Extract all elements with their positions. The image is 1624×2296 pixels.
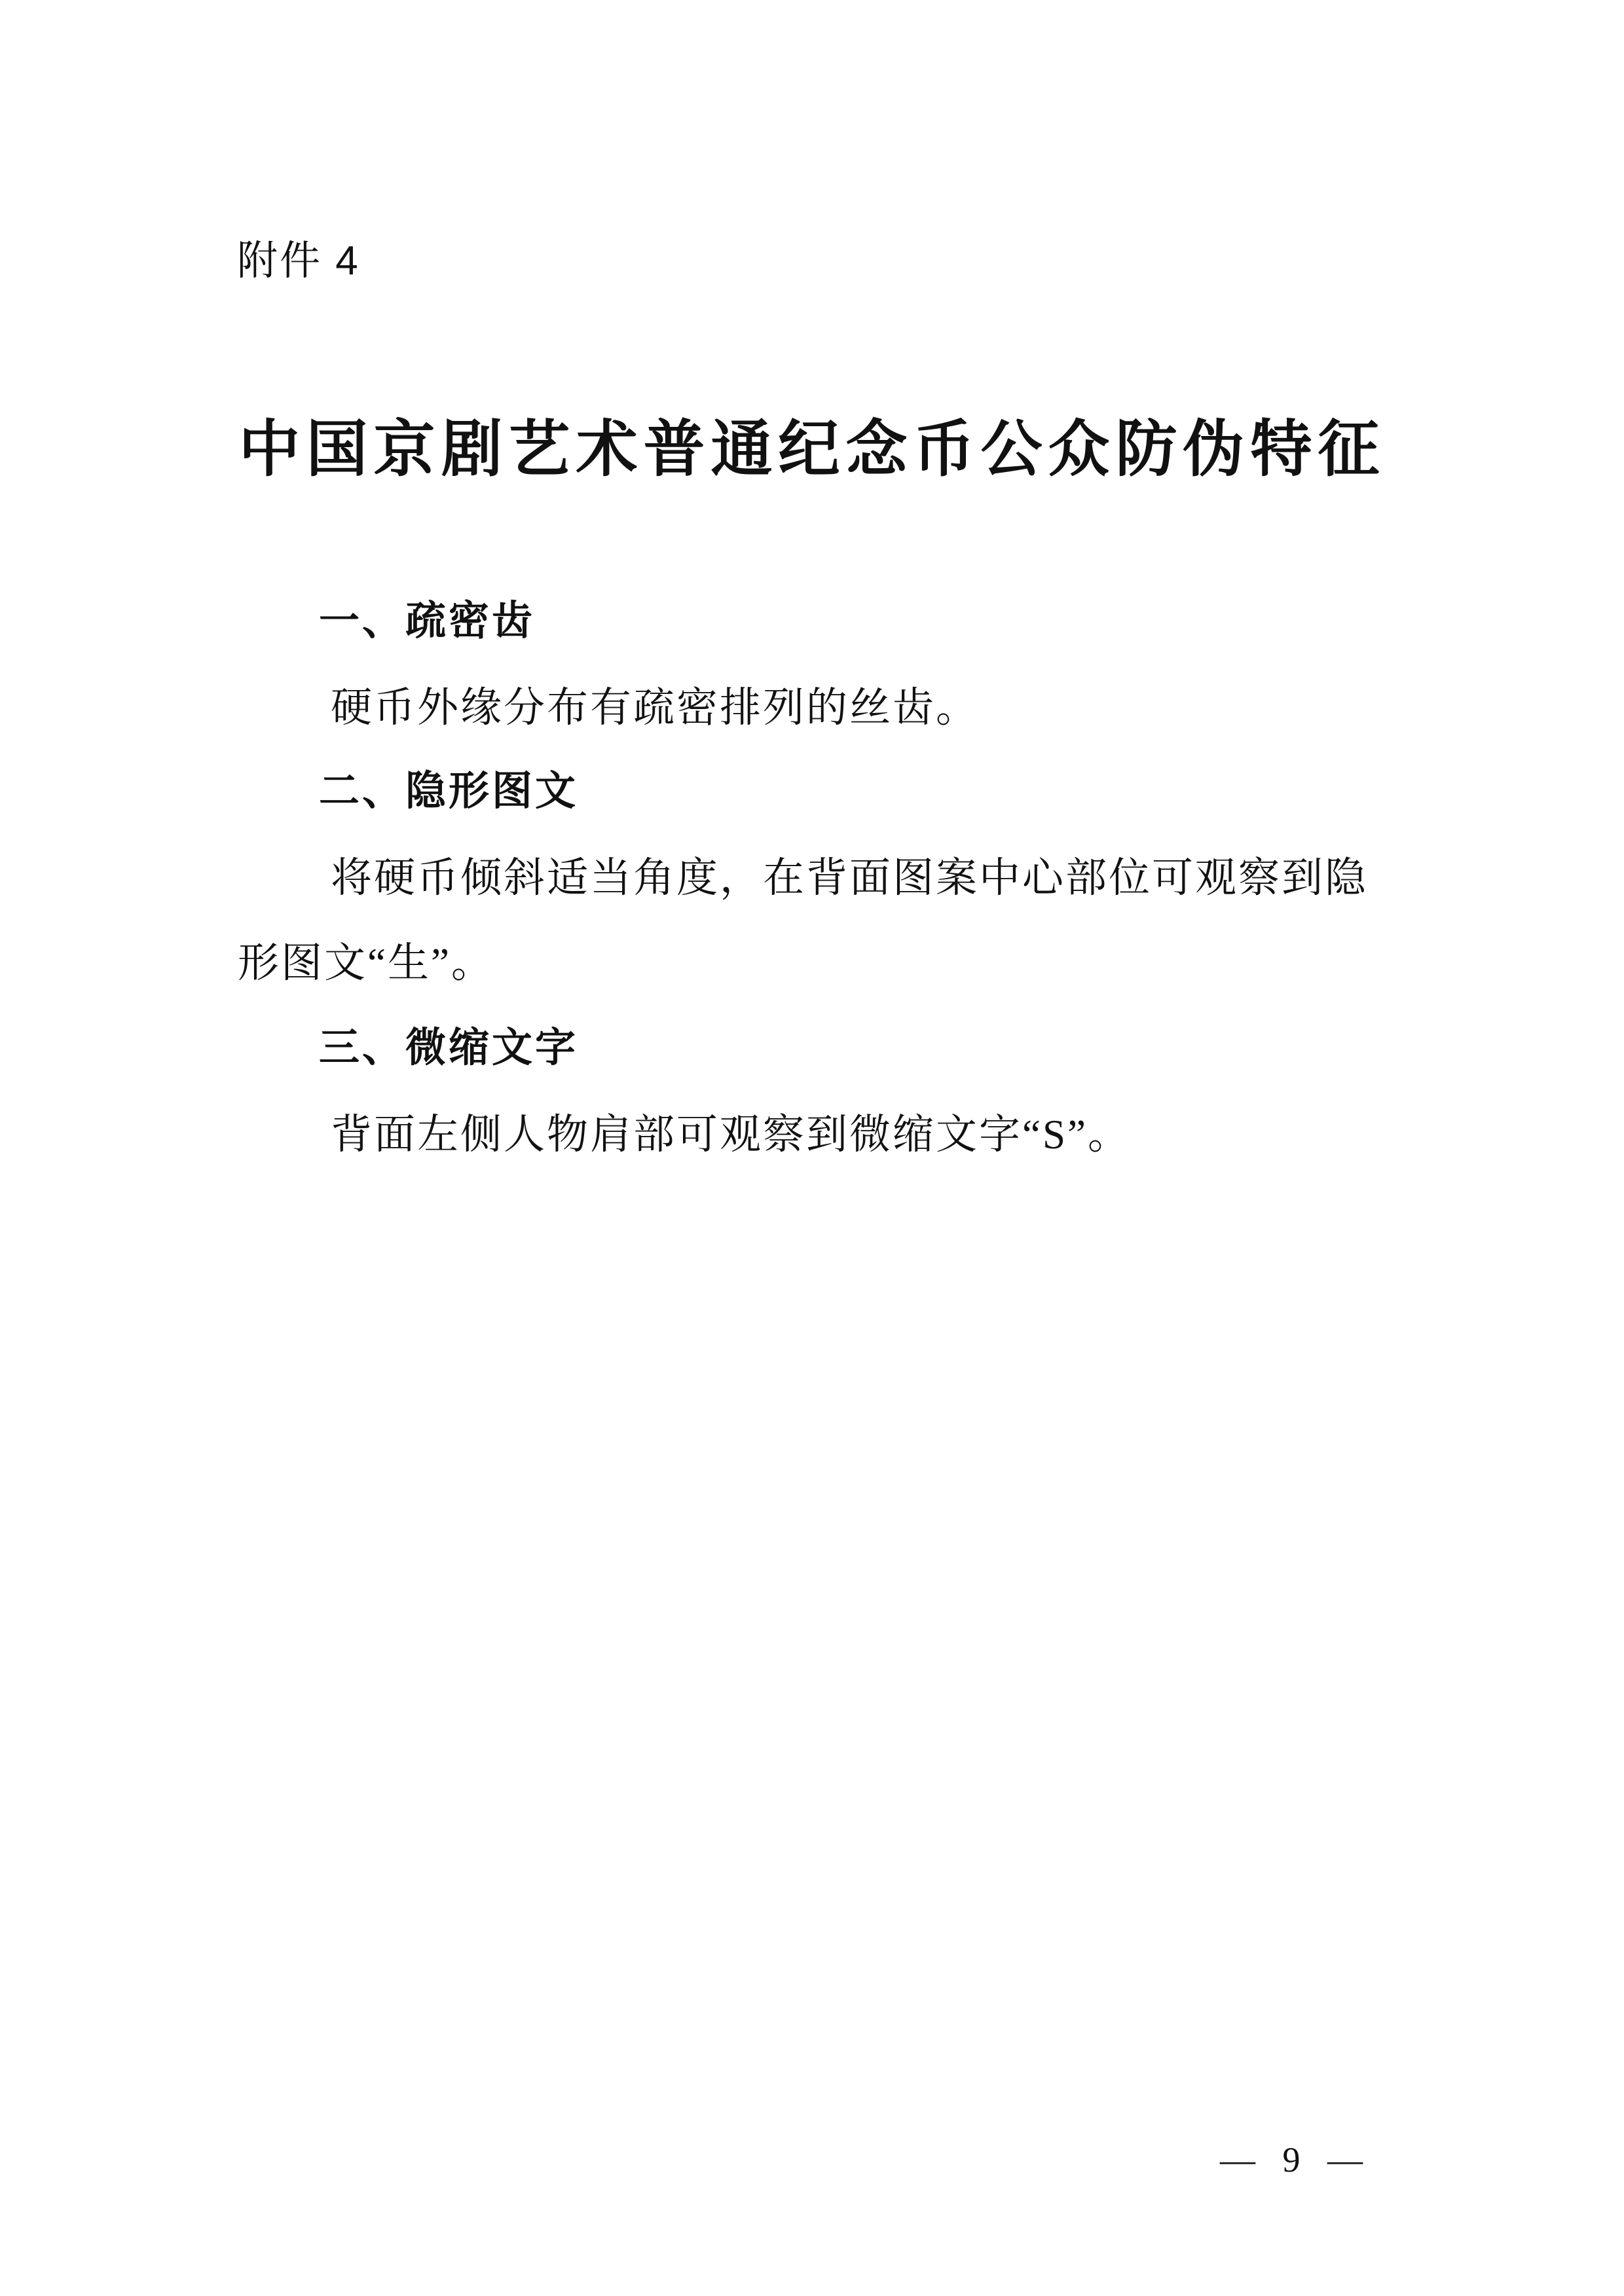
section-3-heading: 三、微缩文字 [319,1015,578,1073]
page-number: — 9 — [1220,2140,1372,2180]
section-2-heading: 二、隐形图文 [319,758,578,816]
section-3-body-line: 背面左侧人物肩部可观察到微缩文字“S”。 [331,1101,1131,1161]
attachment-label: 附件 4 [237,228,360,286]
section-2-body-line-1: 将硬币倾斜适当角度，在背面图案中心部位可观察到隐 [331,845,1368,904]
section-1-body-line: 硬币外缘分布有疏密排列的丝齿。 [331,674,979,734]
section-2-body-line-2: 形图文“生”。 [238,930,494,989]
document-title: 中国京剧艺术普通纪念币公众防伪特征 [0,399,1624,488]
section-1-heading: 一、疏密齿 [319,588,535,646]
document-page: 附件 4 中国京剧艺术普通纪念币公众防伪特征 一、疏密齿 硬币外缘分布有疏密排列… [0,0,1624,2296]
